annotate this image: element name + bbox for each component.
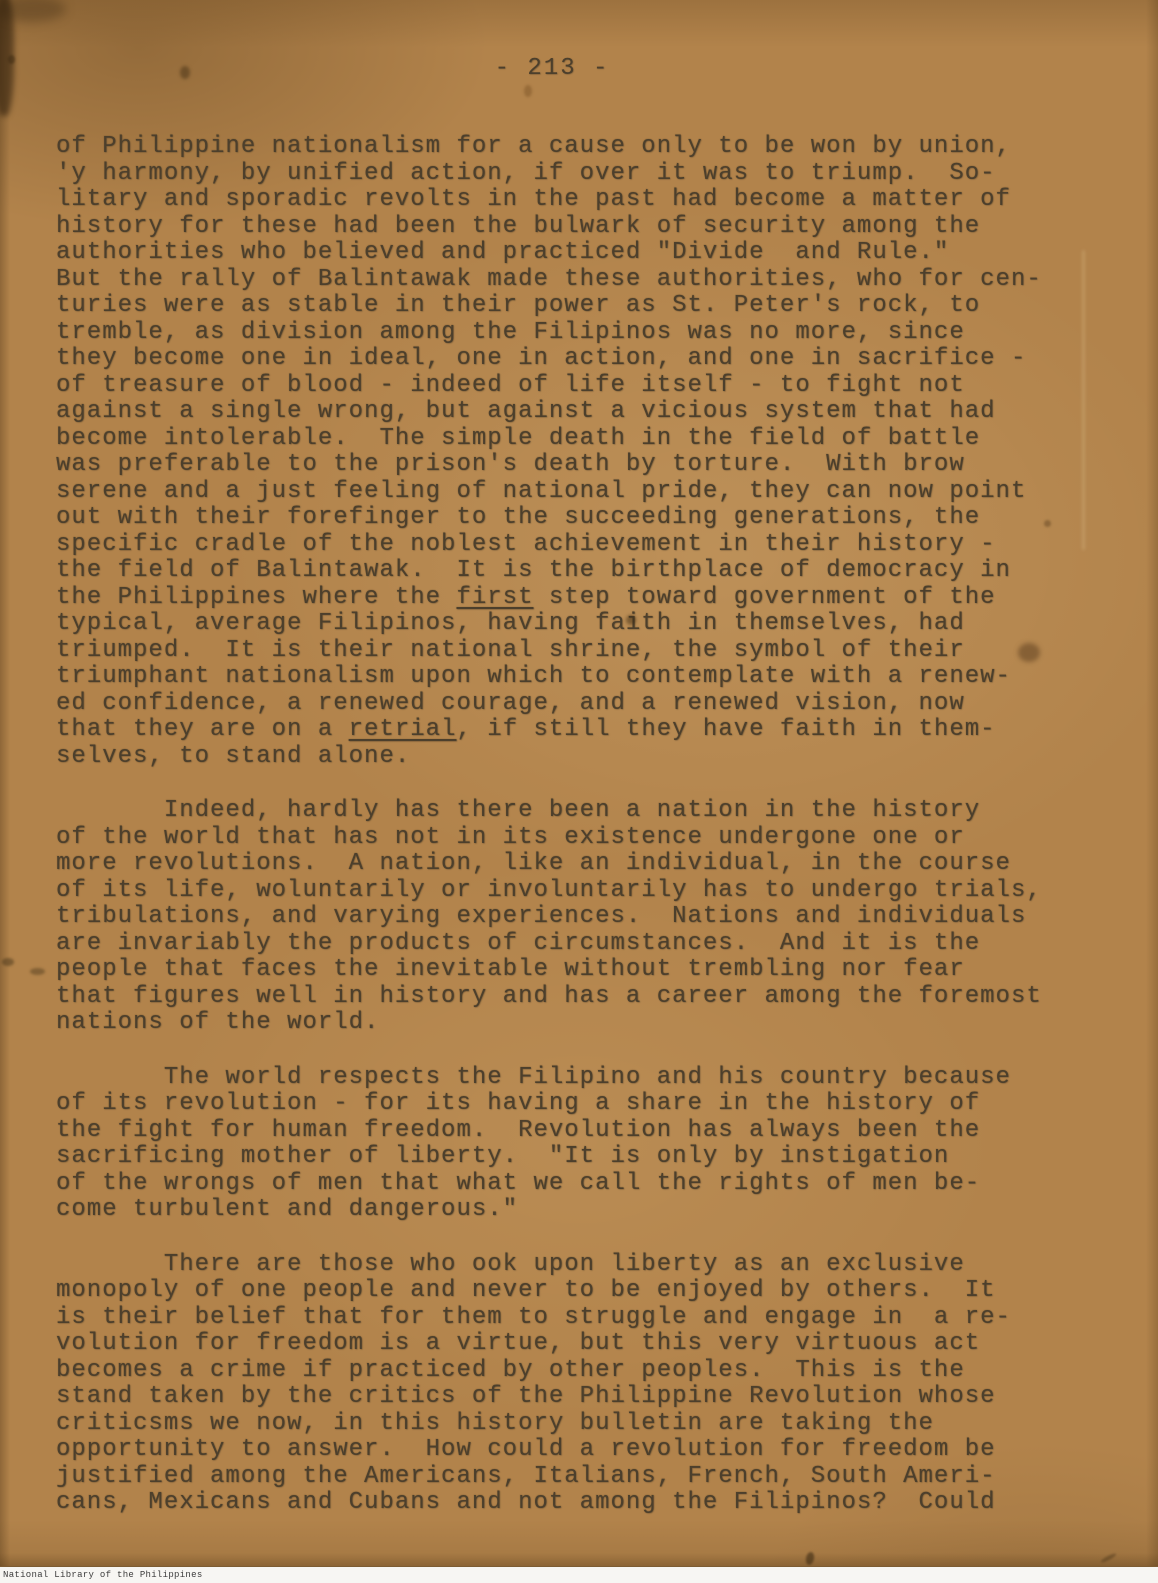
text-line: the Philippines where the first step tow…	[56, 585, 1056, 612]
text-line: against a single wrong, but against a vi…	[56, 399, 1056, 426]
text-line: criticsms we now, in this history bullet…	[56, 1411, 1056, 1438]
text-line: The world respects the Filipino and his …	[56, 1065, 1056, 1092]
text-line: serene and a just feeling of national pr…	[56, 479, 1056, 506]
paper-crease	[1082, 250, 1085, 550]
scanned-page: - 213 - of Philippine nationalism for a …	[0, 0, 1158, 1583]
text-line: are invariably the products of circumsta…	[56, 931, 1056, 958]
text-line: history for these had been the bulwark o…	[56, 214, 1056, 241]
text-line: stand taken by the critics of the Philip…	[56, 1384, 1056, 1411]
text-line: becomes a crime if practiced by other pe…	[56, 1358, 1056, 1385]
text-line: cans, Mexicans and Cubans and not among …	[56, 1490, 1056, 1517]
text-line: the field of Balintawak. It is the birth…	[56, 558, 1056, 585]
text-line: is their belief that for them to struggl…	[56, 1305, 1056, 1332]
text-line: nations of the world.	[56, 1010, 1056, 1037]
paper-edge-shadow-left	[0, 0, 10, 1583]
stain-below-page-number	[524, 85, 532, 97]
text-line: of treasure of blood - indeed of life it…	[56, 373, 1056, 400]
text-line: tribulations, and varying experiences. N…	[56, 904, 1056, 931]
text-line: sacrificing mother of liberty. "It is on…	[56, 1144, 1056, 1171]
text-line: they become one in ideal, one in action,…	[56, 346, 1056, 373]
text-line: of its revolution - for its having a sha…	[56, 1091, 1056, 1118]
paragraph: There are those who ook upon liberty as …	[56, 1252, 1056, 1517]
text-line: the fight for human freedom. Revolution …	[56, 1118, 1056, 1145]
library-watermark-strip: National Library of the Philippines	[0, 1566, 1158, 1583]
text-line: opportunity to answer. How could a revol…	[56, 1437, 1056, 1464]
text-line: of Philippine nationalism for a cause on…	[56, 134, 1056, 161]
paragraph: of Philippine nationalism for a cause on…	[56, 134, 1056, 770]
page-number: - 213 -	[56, 55, 1048, 82]
text-line: justified among the Americans, Italians,…	[56, 1464, 1056, 1491]
text-line: 'y harmony, by unified action, if over i…	[56, 161, 1056, 188]
text-line: of the world that has not in its existen…	[56, 825, 1056, 852]
text-line: volution for freedom is a virtue, but th…	[56, 1331, 1056, 1358]
text-line: people that faces the inevitable without…	[56, 957, 1056, 984]
text-line: typical, average Filipinos, having faith…	[56, 611, 1056, 638]
library-watermark-text: National Library of the Philippines	[0, 1570, 203, 1580]
text-line: was preferable to the prison's death by …	[56, 452, 1056, 479]
text-line: that they are on a retrial, if still the…	[56, 717, 1056, 744]
paper-bottom-shadow	[0, 1553, 1158, 1567]
text-line: selves, to stand alone.	[56, 744, 1056, 771]
text-line: ed confidence, a renewed courage, and a …	[56, 691, 1056, 718]
text-line: turies were as stable in their power as …	[56, 293, 1056, 320]
paragraph: Indeed, hardly has there been a nation i…	[56, 798, 1056, 1037]
text-line: authorities who believed and practiced "…	[56, 240, 1056, 267]
text-line: out with their forefinger to the succeed…	[56, 505, 1056, 532]
text-line: But the rally of Balintawak made these a…	[56, 267, 1056, 294]
text-line: triumphant nationalism upon which to con…	[56, 664, 1056, 691]
text-line: specific cradle of the noblest achieveme…	[56, 532, 1056, 559]
text-line: of the wrongs of men that what we call t…	[56, 1171, 1056, 1198]
text-line: come turbulent and dangerous."	[56, 1197, 1056, 1224]
text-line: Indeed, hardly has there been a nation i…	[56, 798, 1056, 825]
text-line: There are those who ook upon liberty as …	[56, 1252, 1056, 1279]
text-line: that figures well in history and has a c…	[56, 984, 1056, 1011]
paper-edge-shadow-right	[1146, 0, 1158, 1583]
text-line: litary and sporadic revolts in the past …	[56, 187, 1056, 214]
underlined-word: retrial	[349, 716, 457, 743]
document-text: of Philippine nationalism for a cause on…	[56, 134, 1056, 1517]
text-line: of its life, woluntarily or involuntaril…	[56, 878, 1056, 905]
text-line: more revolutions. A nation, like an indi…	[56, 851, 1056, 878]
paragraph: The world respects the Filipino and his …	[56, 1065, 1056, 1224]
text-line: become intolerable. The simple death in …	[56, 426, 1056, 453]
underlined-word: first	[456, 584, 533, 611]
stain-left-margin	[30, 968, 45, 975]
text-line: tremble, as division among the Filipinos…	[56, 320, 1056, 347]
text-line: triumped. It is their national shrine, t…	[56, 638, 1056, 665]
text-line: monopoly of one people and never to be e…	[56, 1278, 1056, 1305]
